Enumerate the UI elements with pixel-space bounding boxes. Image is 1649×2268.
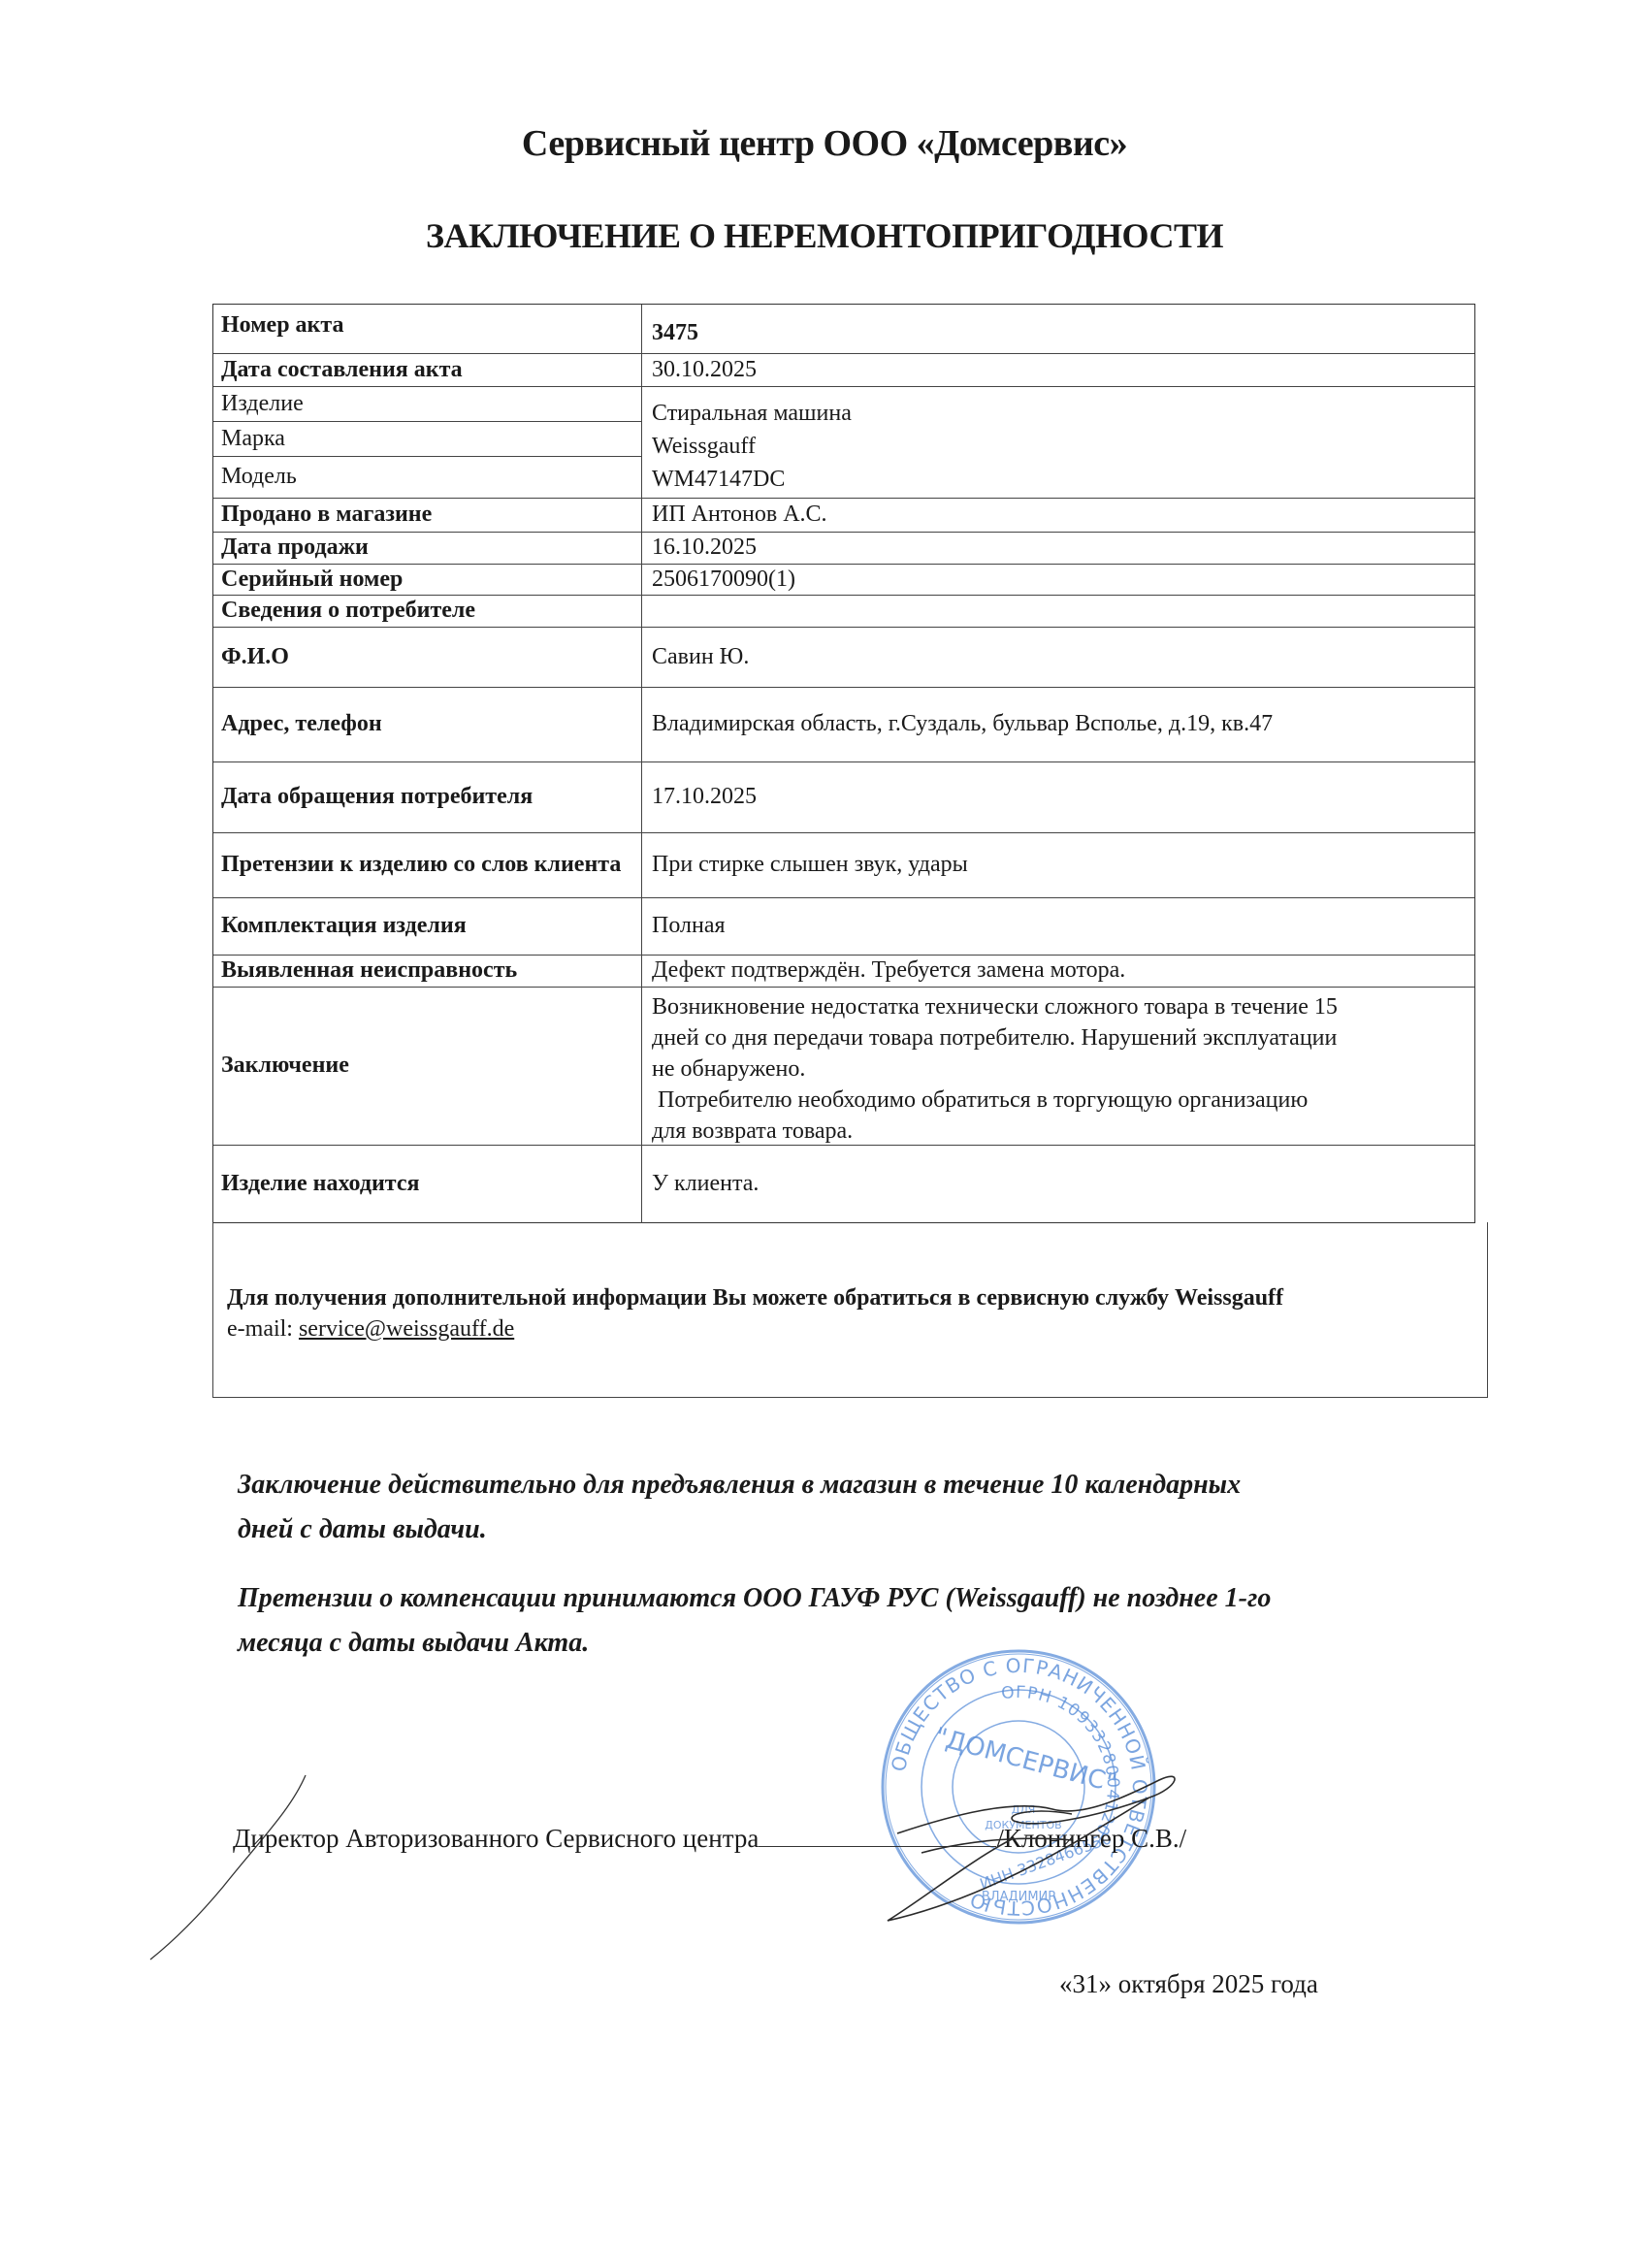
- label-act-date: Дата составления акта: [213, 354, 642, 386]
- table-row-address: Адрес, телефон Владимирская область, г.С…: [213, 687, 1474, 761]
- value-full-name: Савин Ю.: [642, 628, 1474, 687]
- label-consumer-info: Сведения о потребителе: [213, 596, 642, 627]
- handwritten-signature-icon: [868, 1761, 1198, 1935]
- table-row-completeness: Комплектация изделия Полная: [213, 897, 1474, 955]
- table-row-defect: Выявленная неисправность Дефект подтверж…: [213, 955, 1474, 987]
- value-act-date: 30.10.2025: [642, 354, 1474, 386]
- table-row-sale-date: Дата продажи 16.10.2025: [213, 532, 1474, 564]
- table-row-sold-at: Продано в магазине ИП Антонов А.С.: [213, 498, 1474, 532]
- signatory-position: Директор Авторизованного Сервисного цент…: [233, 1824, 759, 1853]
- label-full-name: Ф.И.О: [213, 628, 642, 687]
- table-row-act-date: Дата составления акта 30.10.2025: [213, 353, 1474, 386]
- label-product: Изделие: [213, 387, 642, 421]
- issue-date: «31» октября 2025 года: [1059, 1969, 1318, 1999]
- label-address: Адрес, телефон: [213, 688, 642, 761]
- table-row-full-name: Ф.И.О Савин Ю.: [213, 627, 1474, 687]
- claims-note: Претензии о компенсации принимаются ООО …: [238, 1576, 1499, 1666]
- table-row-serial: Серийный номер 2506170090(1): [213, 564, 1474, 595]
- label-model: Модель: [213, 457, 642, 498]
- claims-note-line-1: Претензии о компенсации принимаются ООО …: [238, 1576, 1499, 1621]
- conclusion-line-3: не обнаружено.: [652, 1053, 1467, 1085]
- conclusion-line-2: дней со дня передачи товара потребителю.…: [652, 1022, 1467, 1053]
- label-location: Изделие находится: [213, 1146, 642, 1223]
- label-sale-date: Дата продажи: [213, 533, 642, 564]
- contact-info-text: Для получения дополнительной информации …: [227, 1282, 1283, 1313]
- label-conclusion: Заключение: [213, 988, 642, 1145]
- value-act-number: 3475: [642, 305, 1474, 353]
- table-row-complaint: Претензии к изделию со слов клиента При …: [213, 832, 1474, 897]
- conclusion-line-4: Потребителю необходимо обратиться в торг…: [652, 1085, 1467, 1116]
- label-serial: Серийный номер: [213, 565, 642, 595]
- conclusion-line-1: Возникновение недостатка технически слож…: [652, 991, 1467, 1022]
- claims-note-line-2: месяца с даты выдачи Акта.: [238, 1621, 1499, 1666]
- product-brand-model-values: Стиральная машина Weissgauff WM47147DC: [642, 386, 1474, 498]
- value-serial: 2506170090(1): [642, 565, 1474, 595]
- email-link[interactable]: service@weissgauff.de: [299, 1316, 514, 1342]
- value-sale-date: 16.10.2025: [642, 533, 1474, 564]
- label-request-date: Дата обращения потребителя: [213, 762, 642, 832]
- conclusion-line-5: для возврата товара.: [652, 1116, 1467, 1147]
- label-defect: Выявленная неисправность: [213, 956, 642, 987]
- value-sold-at: ИП Антонов А.С.: [642, 499, 1474, 532]
- value-request-date: 17.10.2025: [642, 762, 1474, 832]
- value-defect: Дефект подтверждён. Требуется замена мот…: [642, 956, 1474, 987]
- contact-email-line: e-mail: service@weissgauff.de: [227, 1313, 1283, 1345]
- table-row-request-date: Дата обращения потребителя 17.10.2025: [213, 761, 1474, 832]
- label-complaint: Претензии к изделию со слов клиента: [213, 833, 642, 897]
- table-row-conclusion: Заключение Возникновение недостатка техн…: [213, 987, 1474, 1145]
- label-completeness: Комплектация изделия: [213, 898, 642, 955]
- value-completeness: Полная: [642, 898, 1474, 955]
- table-row-consumer-info: Сведения о потребителе: [213, 595, 1474, 627]
- value-consumer-info: [642, 596, 1474, 627]
- value-conclusion: Возникновение недостатка технически слож…: [642, 988, 1474, 1145]
- label-brand: Марка: [213, 422, 642, 456]
- value-brand: Weissgauff: [652, 430, 1465, 463]
- value-complaint: При стирке слышен звук, удары: [642, 833, 1474, 897]
- act-table: Номер акта 3475 Дата составления акта 30…: [212, 304, 1475, 1223]
- validity-note-line-1: Заключение действительно для предъявлени…: [238, 1463, 1499, 1507]
- signature-stroke-icon: [145, 1770, 320, 1964]
- value-address: Владимирская область, г.Суздаль, бульвар…: [642, 688, 1474, 761]
- label-act-number: Номер акта: [213, 305, 642, 353]
- table-row-location: Изделие находится У клиента.: [213, 1145, 1474, 1223]
- table-row-act-number: Номер акта 3475: [213, 305, 1474, 353]
- value-model: WM47147DC: [652, 463, 1465, 496]
- contact-info-box: Для получения дополнительной информации …: [212, 1222, 1488, 1398]
- label-sold-at: Продано в магазине: [213, 499, 642, 532]
- validity-note: Заключение действительно для предъявлени…: [238, 1463, 1499, 1552]
- organization-title: Сервисный центр ООО «Домсервис»: [0, 122, 1649, 165]
- email-label: e-mail:: [227, 1316, 299, 1342]
- value-product: Стиральная машина: [652, 397, 1465, 430]
- value-location: У клиента.: [642, 1146, 1474, 1223]
- document-title: ЗАКЛЮЧЕНИЕ О НЕРЕМОНТОПРИГОДНОСТИ: [0, 215, 1649, 256]
- validity-note-line-2: дней с даты выдачи.: [238, 1507, 1499, 1552]
